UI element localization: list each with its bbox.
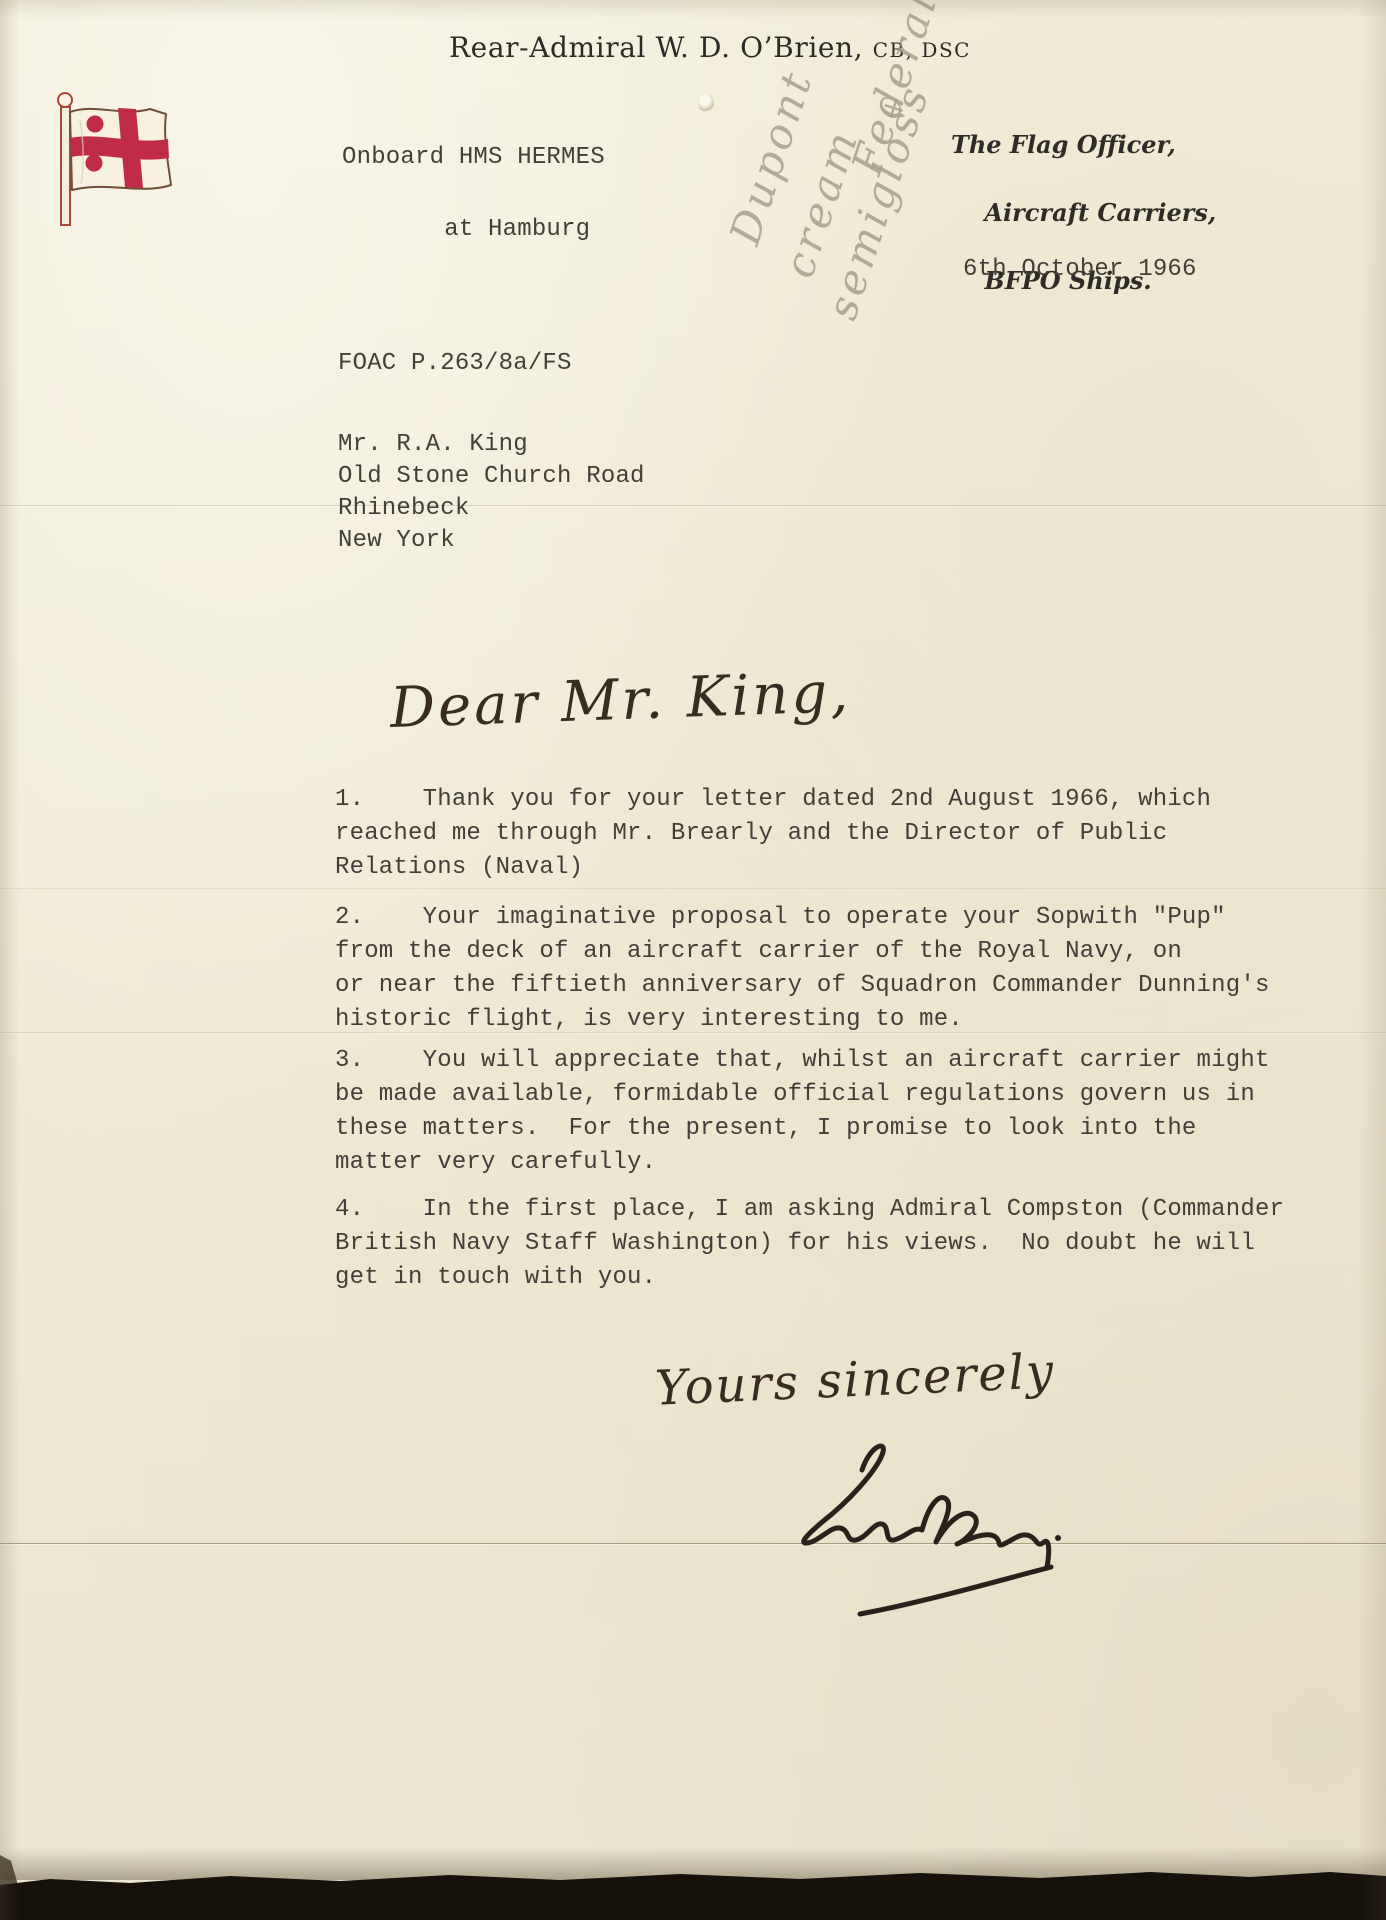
closing-handwriting: Yours sincerely [654, 1343, 1056, 1416]
paper-dimple [698, 94, 714, 112]
body-paragraph-3: 3. You will appreciate that, whilst an a… [335, 1044, 1270, 1180]
ship-location: Onboard HMS HERMES at Hamburg [342, 140, 605, 248]
reference-number: FOAC P.263/8a/FS [338, 347, 572, 381]
ship-location-line1: Onboard HMS HERMES [342, 144, 605, 171]
admiral-name: Rear-Admiral W. D. O’Brien, [449, 31, 863, 64]
rear-admiral-flag-icon [50, 82, 182, 230]
ship-location-line2: at Hamburg [444, 216, 590, 243]
scanner-background-strip [0, 1845, 1386, 1920]
fold-crease-faint [0, 888, 1386, 889]
office-line1: The Flag Officer, [951, 130, 1176, 159]
office-line2: Aircraft Carriers, [984, 198, 1216, 227]
body-paragraph-2: 2. Your imaginative proposal to operate … [335, 901, 1270, 1037]
body-paragraph-4: 4. In the first place, I am asking Admir… [335, 1193, 1284, 1295]
recipient-address: Mr. R.A. King Old Stone Church Road Rhin… [338, 429, 645, 557]
signature [790, 1430, 1080, 1625]
scanned-letter-page: Rear-Admiral W. D. O’Brien, CB, DSC Onbo… [0, 0, 1386, 1920]
fold-crease-lower [0, 1543, 1386, 1545]
letter-date: 6th October 1966 [963, 253, 1197, 287]
signature-period [1055, 1535, 1061, 1541]
salutation-handwriting: Dear Mr. King, [389, 660, 852, 741]
body-paragraph-1: 1. Thank you for your letter dated 2nd A… [335, 783, 1211, 885]
fold-crease-upper [0, 505, 1386, 507]
letterhead-name: Rear-Admiral W. D. O’Brien, CB, DSC [0, 31, 1386, 64]
